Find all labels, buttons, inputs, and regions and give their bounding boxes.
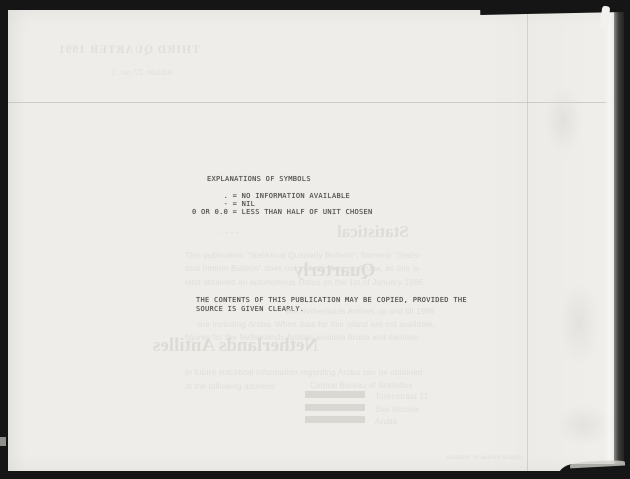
ghost-para3-line2: at the following address: [185,382,276,391]
symbols-line-3: 0 OR 0.0 = LESS THAN HALF OF UNIT CHOSEN [192,208,373,216]
copyright-line-1: THE CONTENTS OF THIS PUBLICATION MAY BE … [196,296,467,304]
ghost-cover-title-wrap: THIRD QUARTER 1991 [58,40,194,58]
symbols-line-1: . = NO INFORMATION AVAILABLE [192,192,350,200]
ghost-para2-line2: are including Aruba. When data for this … [198,320,435,329]
ghost-para1-line3: land obtained an autonomous status on th… [185,278,426,287]
ghost-cover-edition-wrap: edition 37 no. 1 [96,62,188,80]
ghost-word-netherlands: Netherlands Antilles [153,335,318,357]
scan-edge-speck [0,437,6,446]
redaction-block-1 [305,391,365,398]
ghost-word-netherlands-wrap: Netherlands Antilles [133,335,338,357]
ghost-cover-footer-wrap: Central Bureau of Statistics [445,446,511,464]
ghost-address-line2: San Nicolas [375,405,420,414]
ghost-address-line3: Aruba [375,417,397,426]
ghost-word-statistical-wrap: Statistical [330,222,416,242]
right-page-edge-shadow [614,0,624,479]
ghost-cover-dashes: - - - - [220,228,239,237]
redaction-block-2 [305,404,365,411]
ghost-address-org: Central Bureau of Statistics [310,381,413,390]
symbols-line-2: - = NIL [192,200,255,208]
ghost-cover-title: THIRD QUARTER 1991 [58,44,200,56]
scanned-page-photo: THIRD QUARTER 1991 edition 37 no. 1 EXPL… [0,0,630,479]
ghost-para1-line1: This publication "Statistical Quarterly … [185,251,421,260]
ghost-word-statistical: Statistical [337,222,409,242]
ghost-cover-edition: edition 37 no. 1 [111,67,172,77]
paper-sheet: THIRD QUARTER 1991 edition 37 no. 1 EXPL… [8,10,622,471]
explanations-title: EXPLANATIONS OF SYMBOLS [207,175,311,183]
redaction-block-3 [305,416,365,423]
page-edge-highlight [604,10,614,471]
ghost-cover-footer: Central Bureau of Statistics [445,455,523,461]
ghost-para2-line1: the Netherlands Antilles up and till 198… [286,307,435,316]
ghost-address-line1: Torenstraat 11 [375,392,428,401]
ghost-para3-line1: In future statistical information regard… [185,368,423,377]
